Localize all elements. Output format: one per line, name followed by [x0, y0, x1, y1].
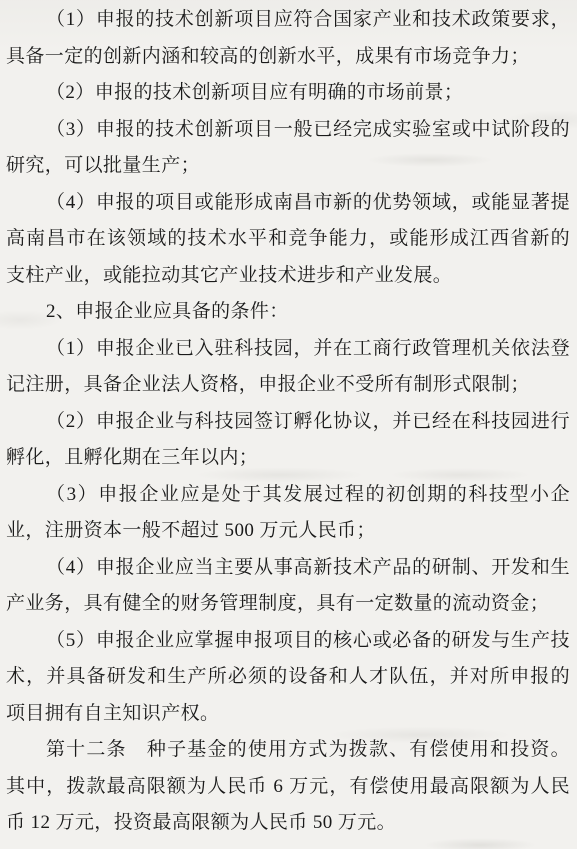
- text-line: 研究，可以批量生产；: [6, 148, 570, 185]
- text-line: 支柱产业，或能拉动其它产业技术进步和产业发展。: [6, 258, 570, 295]
- text-line: 项目拥有自主知识产权。: [6, 696, 570, 733]
- text-line: 2、申报企业应具备的条件：: [6, 294, 570, 331]
- text-line: （1）申报企业已入驻科技园，并在工商行政管理机关依法登: [6, 331, 570, 368]
- text-line: 产业务，具有健全的财务管理制度，具有一定数量的流动资金；: [6, 586, 570, 623]
- text-line: （5）申报企业应掌握申报项目的核心或必备的研发与生产技: [6, 623, 570, 660]
- text-line: 第十二条 种子基金的使用方式为拨款、有偿使用和投资。: [6, 732, 570, 769]
- text-line: 高南昌市在该领域的技术水平和竞争能力，或能形成江西省新的: [6, 221, 570, 258]
- text-line: 业，注册资本一般不超过 500 万元人民币；: [6, 513, 570, 550]
- text-line: 术，并具备研发和生产所必须的设备和人才队伍，并对所申报的: [6, 659, 570, 696]
- text-line: （4）申报企业应当主要从事高新技术产品的研制、开发和生: [6, 550, 570, 587]
- text-line: 具备一定的创新内涵和较高的创新水平，成果有市场竞争力；: [6, 39, 570, 76]
- text-line: （3）申报企业应是处于其发展过程的初创期的科技型小企: [6, 477, 570, 514]
- document-page: （1）申报的技术创新项目应符合国家产业和技术政策要求， 具备一定的创新内涵和较高…: [0, 0, 577, 849]
- text-line: （3）申报的技术创新项目一般已经完成实验室或中试阶段的: [6, 112, 570, 149]
- text-line: （2）申报的技术创新项目应有明确的市场前景；: [6, 75, 570, 112]
- text-line: 记注册，具备企业法人资格，申报企业不受所有制形式限制；: [6, 367, 570, 404]
- text-line: 币 12 万元，投资最高限额为人民币 50 万元。: [6, 805, 570, 842]
- text-line: 其中，拨款最高限额为人民币 6 万元，有偿使用最高限额为人民: [6, 769, 570, 806]
- text-line: （2）申报企业与科技园签订孵化协议，并已经在科技园进行: [6, 404, 570, 441]
- text-line: （1）申报的技术创新项目应符合国家产业和技术政策要求，: [6, 2, 570, 39]
- text-line: （4）申报的项目或能形成南昌市新的优势领域，或能显著提: [6, 185, 570, 222]
- text-line: 孵化，且孵化期在三年以内；: [6, 440, 570, 477]
